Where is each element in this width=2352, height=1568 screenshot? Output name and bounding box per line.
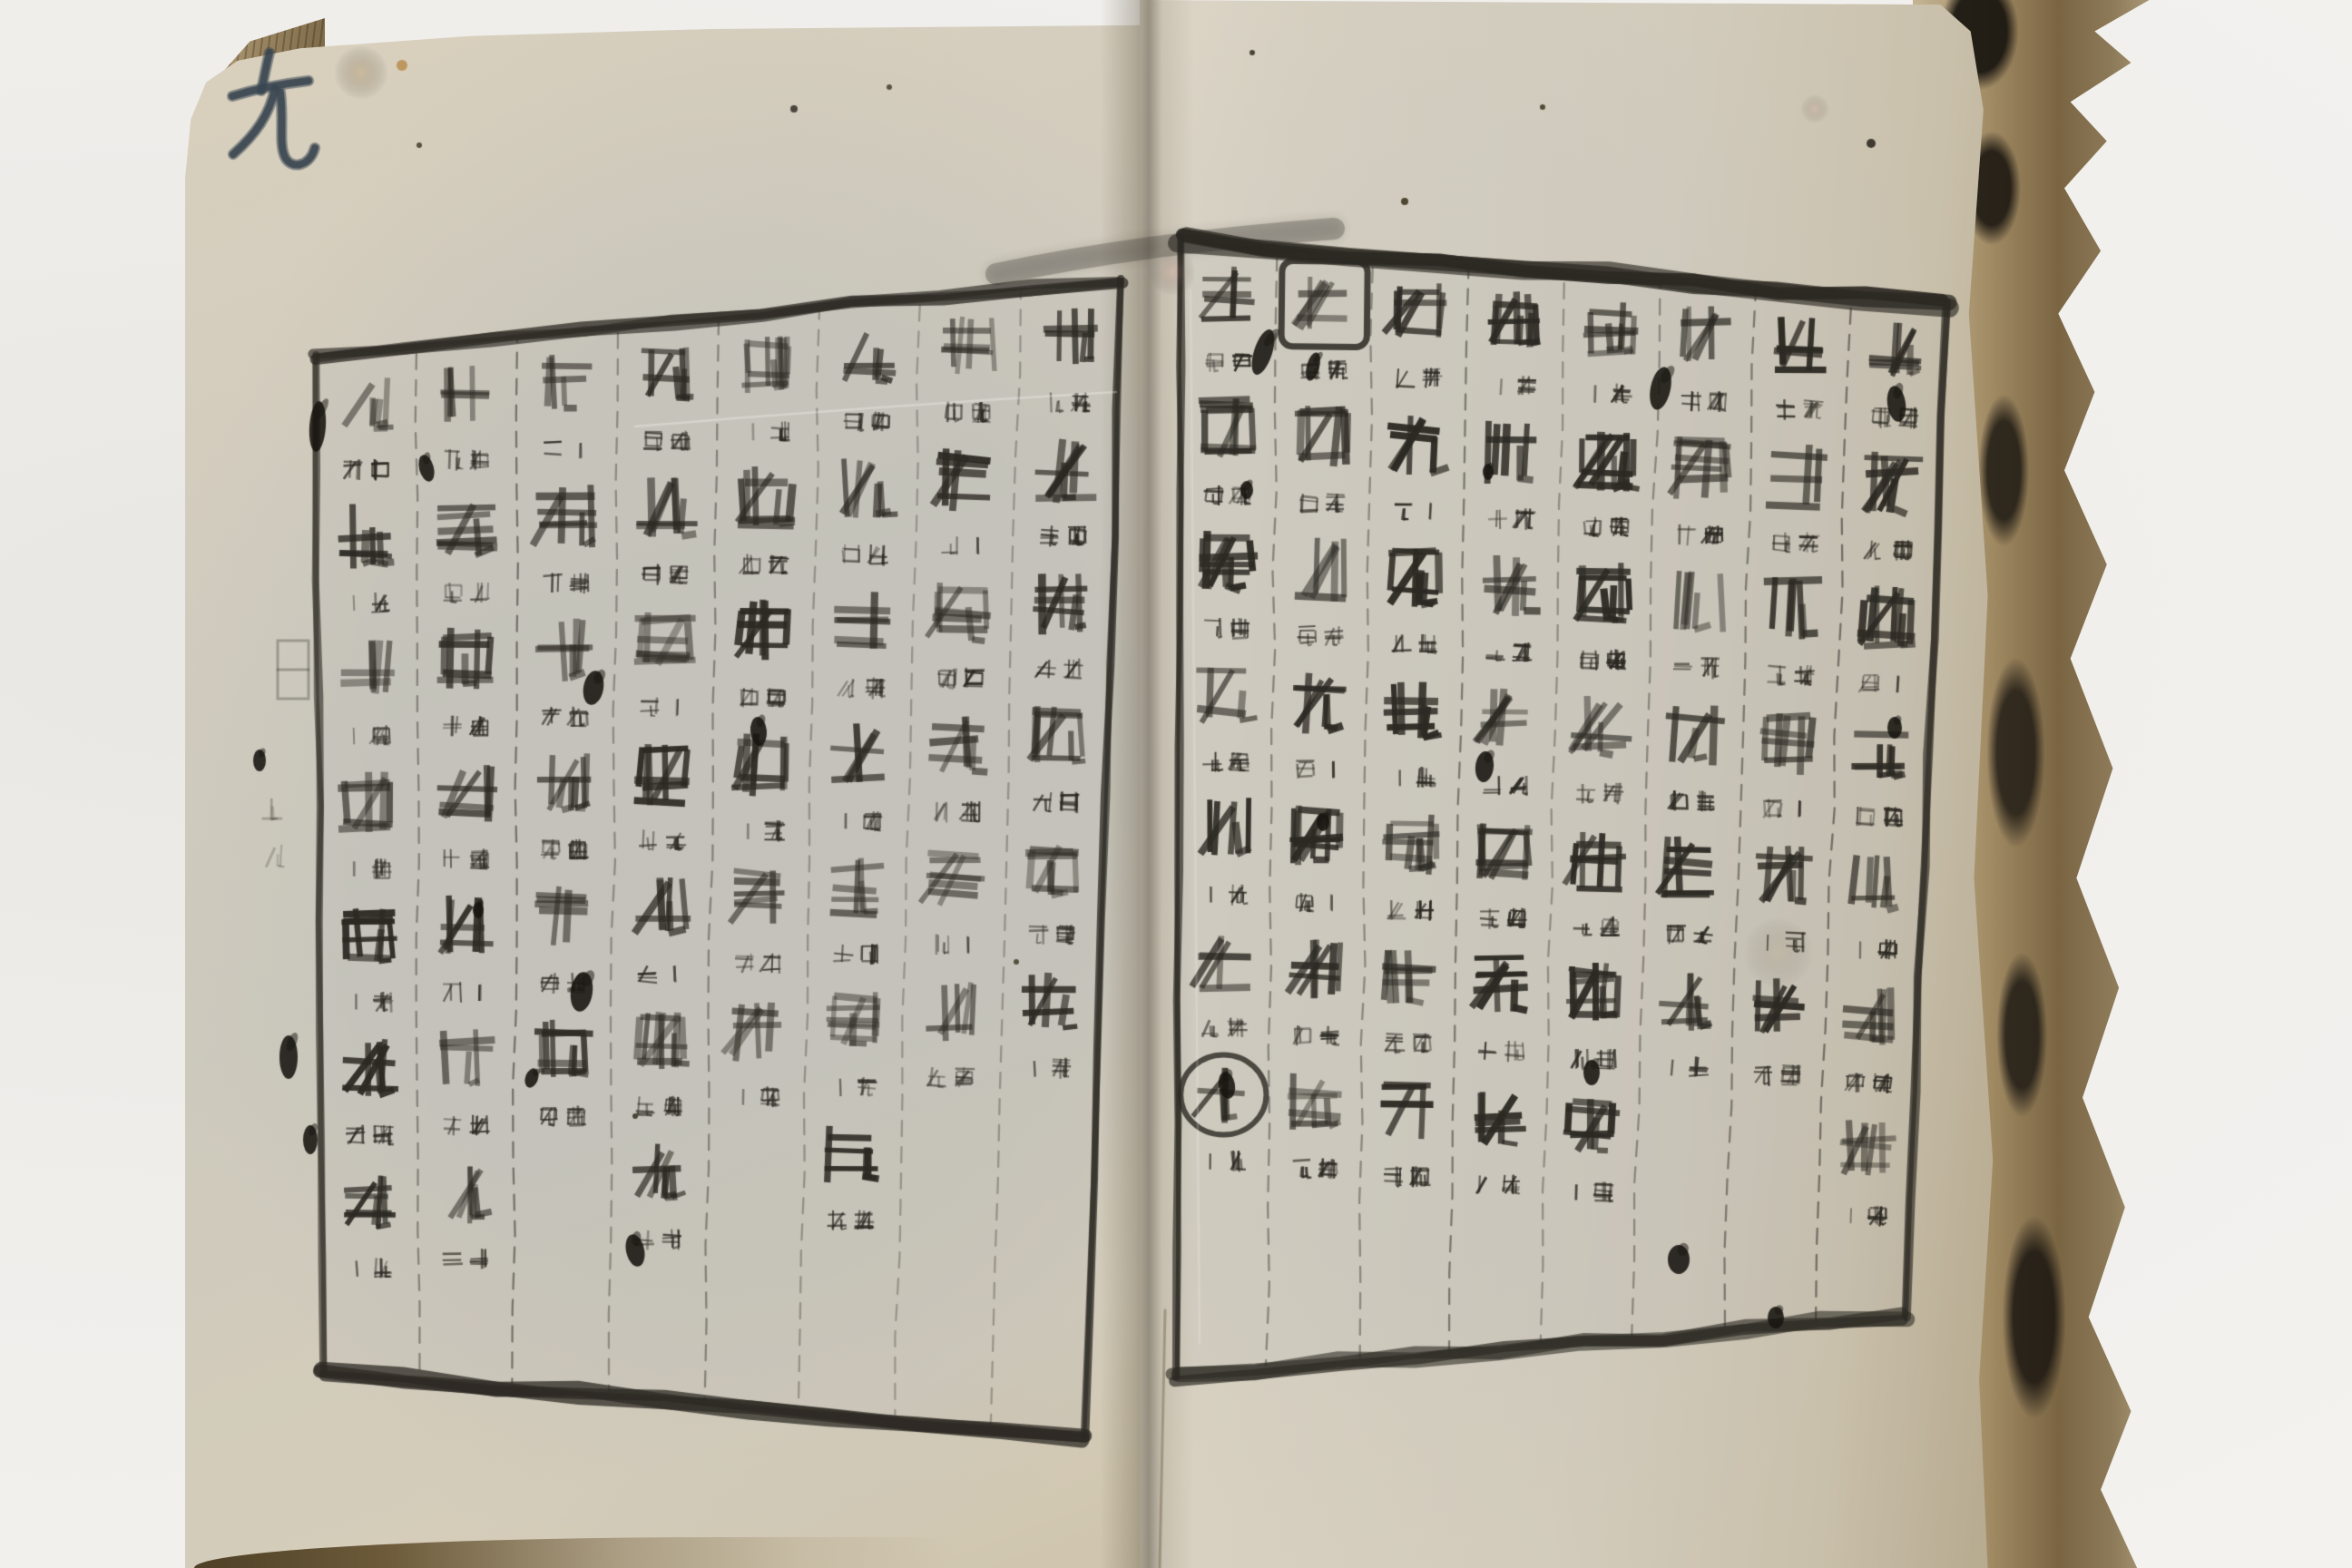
photo-antique-woodblock-book: 先 還 四一 <box>0 0 2352 1568</box>
book-spine-gutter-shadow <box>1100 0 1194 1568</box>
right-page-paper <box>1140 0 1996 1568</box>
left-page-paper <box>185 24 1142 1568</box>
